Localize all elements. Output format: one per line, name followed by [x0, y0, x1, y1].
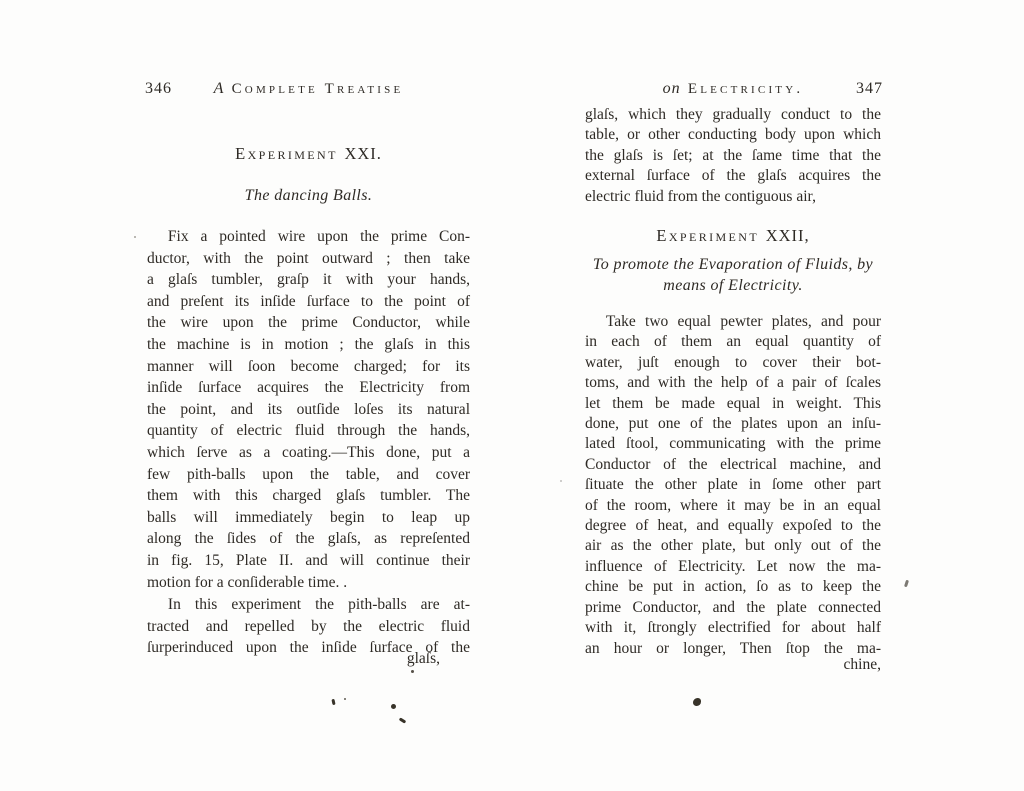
text-line: In this experiment the pith-balls are at… — [147, 594, 470, 616]
experiment-heading-numeral: XXI. — [344, 144, 381, 163]
text-line: the machine is in motion ; the glaſs in … — [147, 334, 470, 356]
text-line: which ſerve as a coating.—This done, put… — [147, 442, 470, 464]
subtitle-line: means of Electricity. — [585, 275, 881, 296]
left-page-header: 346 AComplete Treatise — [147, 80, 470, 98]
text-line: a glaſs tumbler, graſp it with your hand… — [147, 269, 470, 291]
text-line: external ſurface of the glaſs acquires t… — [585, 166, 881, 186]
text-line: the point, and its outſide loſes its nat… — [147, 399, 470, 421]
text-line: air as the other plate, but only out of … — [585, 536, 881, 556]
text-line: Conductor of the electrical machine, and — [585, 455, 881, 475]
right-paragraph-1: glaſs, which they gradually conduct to t… — [585, 105, 881, 207]
text-line: water, juſt enough to cover their bot- — [585, 353, 881, 373]
ink-speck — [411, 670, 414, 673]
text-line: quantity of electric fluid through the h… — [147, 420, 470, 442]
experiment-xxii-subtitle: To promote the Evaporation of Fluids, by… — [585, 254, 881, 296]
ink-speck — [560, 480, 562, 482]
text-line: prime Conductor, and the plate connected — [585, 598, 881, 618]
text-line: inſide ſurface acquires the Electricity … — [147, 377, 470, 399]
text-line: chine be put in action, ſo as to keep th… — [585, 577, 881, 597]
text-line: the wire upon the prime Conductor, while — [147, 312, 470, 334]
text-line: balls will immediately begin to leap up — [147, 507, 470, 529]
running-title-prefix: on — [663, 80, 681, 97]
experiment-xxi-heading: ExperimentXXI. — [147, 144, 470, 164]
experiment-heading-word: Experiment — [656, 226, 759, 245]
ink-speck — [904, 580, 909, 588]
left-page: 346 AComplete Treatise ExperimentXXI. Th… — [147, 0, 470, 791]
text-line: ſituate the other plate in ſome other pa… — [585, 475, 881, 495]
experiment-heading-numeral: XXII, — [766, 226, 810, 245]
text-line: in fig. 15, Plate II. and will continue … — [147, 550, 470, 572]
text-line: motion for a conſiderable time. . — [147, 572, 470, 594]
left-page-number: 346 — [145, 80, 172, 98]
running-title-text: Electricity. — [688, 81, 803, 97]
text-line: in each of them an equal quantity of — [585, 332, 881, 352]
text-line: manner will ſoon become charged; for its — [147, 356, 470, 378]
text-line: done, put one of the plates upon an inſu… — [585, 414, 881, 434]
text-line: of the room, where it may be in an equal — [585, 496, 881, 516]
text-line: tracted and repelled by the electric flu… — [147, 616, 470, 638]
right-page-header: onElectricity. 347 — [585, 80, 881, 98]
subtitle-line: To promote the Evaporation of Fluids, by — [585, 254, 881, 275]
right-paragraph-2: Take two equal pewter plates, and pourin… — [585, 312, 881, 659]
text-line: glaſs, which they gradually conduct to t… — [585, 105, 881, 125]
right-page-number: 347 — [856, 80, 883, 98]
ink-speck — [344, 698, 346, 700]
right-page: onElectricity. 347 glaſs, which they gra… — [585, 0, 881, 791]
running-title-prefix: A — [214, 80, 225, 97]
text-line: ductor, with the point outward ; then ta… — [147, 248, 470, 270]
text-line: degree of heat, and equally expoſed to t… — [585, 516, 881, 536]
left-catchword: glaſs, — [147, 650, 470, 668]
experiment-heading-word: Experiment — [235, 144, 338, 163]
text-line: Fix a pointed wire upon the prime Con- — [147, 226, 470, 248]
right-catchword: chine, — [585, 656, 881, 674]
text-line: with it, ſtrongly electrified for about … — [585, 618, 881, 638]
text-line: table, or other conducting body upon whi… — [585, 125, 881, 145]
text-line: electric fluid from the contiguous air, — [585, 187, 881, 207]
ink-speck — [134, 236, 136, 238]
text-line: influence of Electricity. Let now the ma… — [585, 557, 881, 577]
experiment-xxi-subtitle: The dancing Balls. — [147, 187, 470, 205]
text-line: toms, and with the help of a pair of ſca… — [585, 373, 881, 393]
text-line: and preſent its inſide ſurface to the po… — [147, 291, 470, 313]
text-line: let them be made equal in weight. This — [585, 394, 881, 414]
text-line: them with this charged glaſs tumbler. Th… — [147, 485, 470, 507]
text-line: along the ſides of the glaſs, as repreſe… — [147, 528, 470, 550]
book-scan: 346 AComplete Treatise ExperimentXXI. Th… — [0, 0, 1024, 791]
text-line: few pith-balls upon the table, and cover — [147, 464, 470, 486]
left-paragraph-1: Fix a pointed wire upon the prime Con-du… — [147, 226, 470, 593]
experiment-xxii-heading: ExperimentXXII, — [585, 226, 881, 246]
running-title-text: Complete Treatise — [232, 81, 404, 97]
text-line: Take two equal pewter plates, and pour — [585, 312, 881, 332]
ink-speck — [391, 704, 396, 709]
text-line: the glaſs is ſet; at the ſame time that … — [585, 146, 881, 166]
text-line: lated ſtool, communicating with the prim… — [585, 434, 881, 454]
